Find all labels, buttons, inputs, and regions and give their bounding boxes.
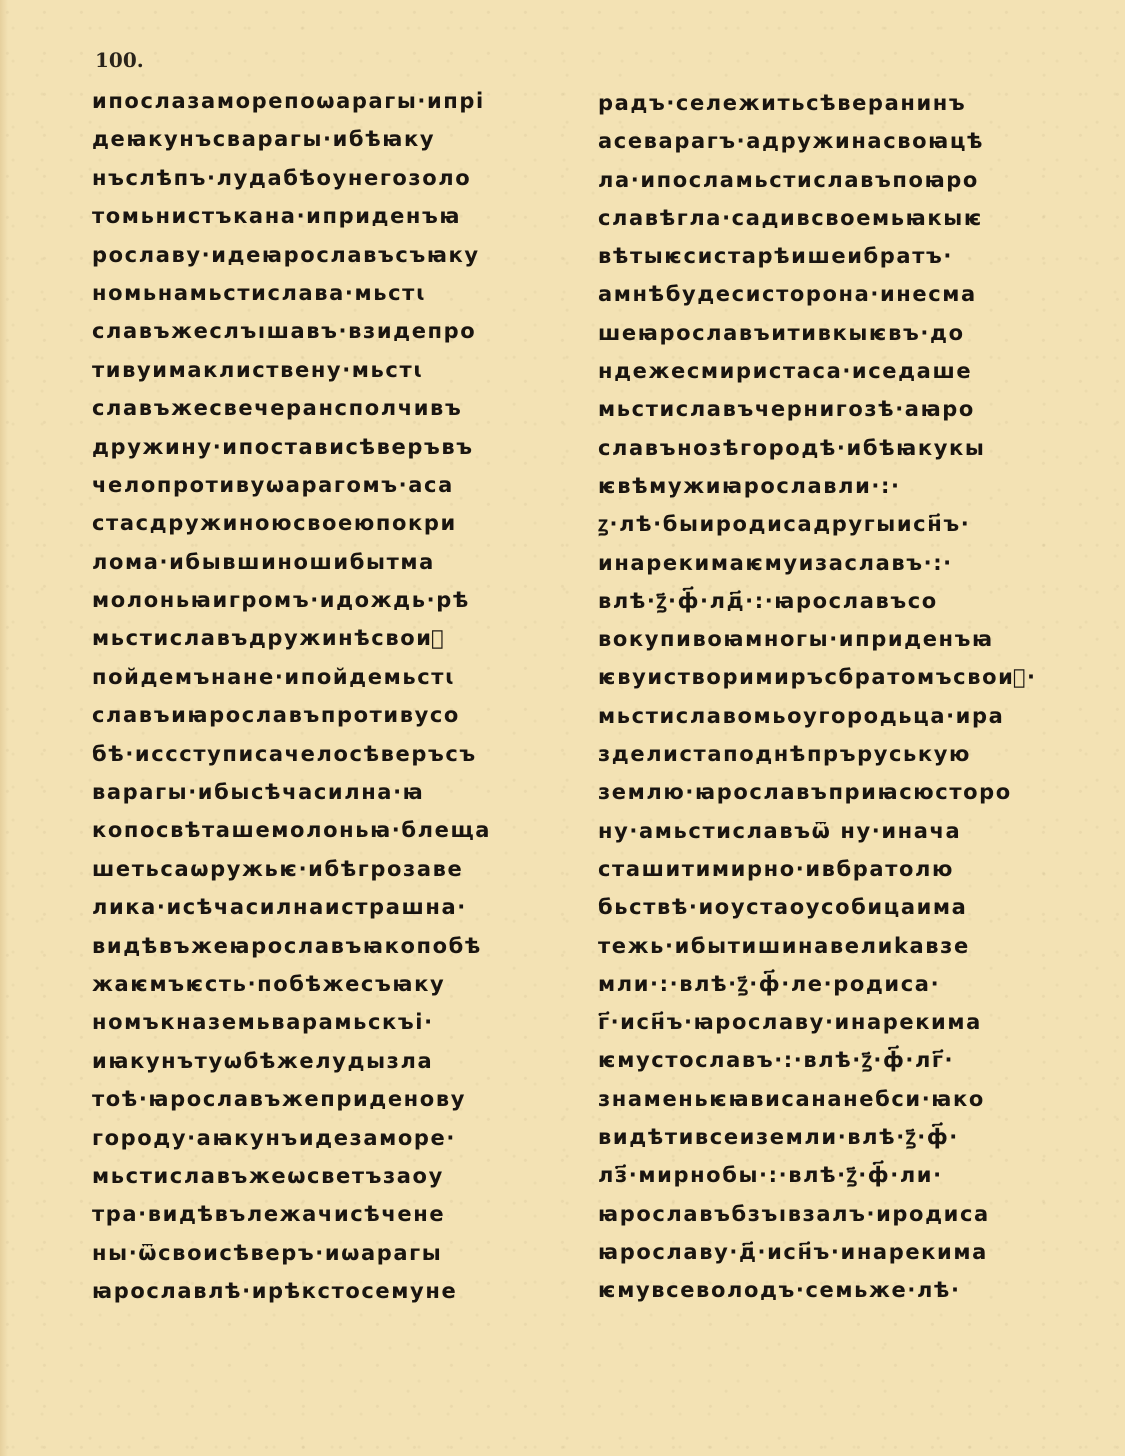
text-line: рославу·идеꙗрославъсъꙗку xyxy=(92,236,562,274)
right-column: радъ·сележитьсѣверанинъ асеварагъ·адружи… xyxy=(598,84,1093,1310)
text-line: шетьсаѡружьѥ·ибѣгрозаве xyxy=(92,850,562,888)
text-line: влѣ·ꙁ҃·ф҃·лд҃·:·ꙗрославъсо xyxy=(598,582,1093,620)
text-line: видѣвъжеꙗрославъꙗкопобѣ xyxy=(92,927,562,965)
text-line: вокупивоꙗмногы·иприденъꙗ xyxy=(598,620,1093,658)
text-line: славъжесвечерансполчивъ xyxy=(92,389,562,427)
text-line: мли·:·влѣ·ꙁ҃·ф҃·ле·родиса· xyxy=(598,965,1093,1003)
text-line: славъжеслъıшавъ·взидепро xyxy=(92,312,562,350)
text-line: номъкназемьварамьскъі· xyxy=(92,1003,562,1041)
text-line: ѥмувсеволодъ·семьже·лѣ· xyxy=(598,1271,1093,1309)
text-line: тоѣ·ꙗрославъжеприденову xyxy=(92,1080,562,1118)
text-line: радъ·сележитьсѣверанинъ xyxy=(598,84,1093,122)
text-line: городу·аꙗкунъидезаморе· xyxy=(92,1119,562,1157)
text-line: тивуимаклиствену·мьстꙇ xyxy=(92,351,562,389)
text-line: ѥвѣмужиꙗрославли·:· xyxy=(598,467,1093,505)
text-line: ꙗрославу·д҃·исн҃ъ·инарекима xyxy=(598,1233,1093,1271)
text-line: жаѥмъѥсть·побѣжесъꙗку xyxy=(92,965,562,1003)
text-line: бѣ·иссступисачелосѣверъсъ xyxy=(92,735,562,773)
text-line: ндежесмиристаса·иседаше xyxy=(598,352,1093,390)
text-line: лика·исѣчасилнаистрашна· xyxy=(92,888,562,926)
text-line: зделистаподнѣпръруськую xyxy=(598,735,1093,773)
text-line: ѥвуистворимиръсбратомъсвоиⷨ· xyxy=(598,658,1093,696)
text-line: пойдемънане·ипойдемьстꙇ xyxy=(92,658,562,696)
text-line: стасдружиноюсвоеюпокри xyxy=(92,504,562,542)
text-line: ѥмустославъ·:·влѣ·ꙁ҃·ф҃·лг҃· xyxy=(598,1041,1093,1079)
text-line: вѣтыѥсистарѣишеибратъ· xyxy=(598,237,1093,275)
text-line: дружину·ипостависѣверъвъ xyxy=(92,428,562,466)
text-line: ꙗрославъбзъıвзалъ·иродиса xyxy=(598,1195,1093,1233)
text-line: славѣгла·садивсвоемьꙗкыѥ xyxy=(598,199,1093,237)
text-line: томьнистъкана·иприденъꙗ xyxy=(92,197,562,235)
text-line: ны·ѿсвоисѣверъ·иѡарагы xyxy=(92,1234,562,1272)
text-line: сташитимирно·ивбратолю xyxy=(598,850,1093,888)
page-edge xyxy=(0,0,8,1456)
text-line: бьствѣ·иоустаоусобицаима xyxy=(598,888,1093,926)
text-line: тежь·ибытишинавелиkaвзе xyxy=(598,927,1093,965)
text-line: ꙗрославлѣ·ирѣкстосемуне xyxy=(92,1272,562,1310)
text-line: иꙗкунътуѡбѣжелудызла xyxy=(92,1042,562,1080)
text-line: копосвѣташемолоньꙗ·блеща xyxy=(92,811,562,849)
page-number: 100. xyxy=(95,48,144,72)
left-column: ипослазаморепоѡарагы·ипрі деꙗкунъсварагы… xyxy=(92,82,562,1311)
text-line: мьстиславъжеѡсветъзаоу xyxy=(92,1157,562,1195)
text-line: мьстиславъдружинѣсвоиⷨ xyxy=(92,619,562,657)
text-line: варагы·ибысѣчасилна·ꙗ xyxy=(92,773,562,811)
text-line: тра·видѣвълежачисѣчене xyxy=(92,1195,562,1233)
text-line: деꙗкунъсварагы·ибѣꙗку xyxy=(92,120,562,158)
text-line: лома·ибывшиношибытма xyxy=(92,543,562,581)
text-line: знаменьѥꙗвисананебси·ꙗко xyxy=(598,1080,1093,1118)
text-line: ипослазаморепоѡарагы·ипрі xyxy=(92,82,562,120)
text-line: шеꙗрославъитивкыѥвъ·до xyxy=(598,314,1093,352)
text-line: ну·амьстиславъѿ ну·иначa xyxy=(598,812,1093,850)
text-line: мьстиславомьоугородьца·ира xyxy=(598,697,1093,735)
text-line: амнѣбудесисторона·инесма xyxy=(598,275,1093,313)
text-line: мьстиславъчернигозѣ·аꙗро xyxy=(598,390,1093,428)
text-line: челопротивуѡарагомъ·аса xyxy=(92,466,562,504)
text-line: номьнамьстислава·мьстꙇ xyxy=(92,274,562,312)
text-line: асеварагъ·адружинасвоꙗцѣ xyxy=(598,122,1093,160)
text-line: ꙁ·лѣ·быиродисадругыисн҃ъ· xyxy=(598,505,1093,543)
text-line: лз҃·мирнобы·:·влѣ·ꙁ҃·ф҃·ли· xyxy=(598,1156,1093,1194)
text-line: г҃·исн҃ъ·ꙗрославу·инарекима xyxy=(598,1003,1093,1041)
text-line: инарекимаѥмуизаславъ·:· xyxy=(598,544,1093,582)
text-line: видѣтивсеиземли·влѣ·ꙁ҃·ф҃· xyxy=(598,1118,1093,1156)
text-line: молоньꙗигромъ·идождь·рѣ xyxy=(92,581,562,619)
text-line: ла·ипосламьстиславъпоꙗро xyxy=(598,161,1093,199)
text-line: славънозѣгородѣ·ибѣꙗкукы xyxy=(598,429,1093,467)
text-line: славъиꙗрославъпротивусо xyxy=(92,696,562,734)
text-line: землю·ꙗрославъприꙗсюсторо xyxy=(598,773,1093,811)
text-line: нъслѣпъ·лудабѣоунегозоло xyxy=(92,159,562,197)
